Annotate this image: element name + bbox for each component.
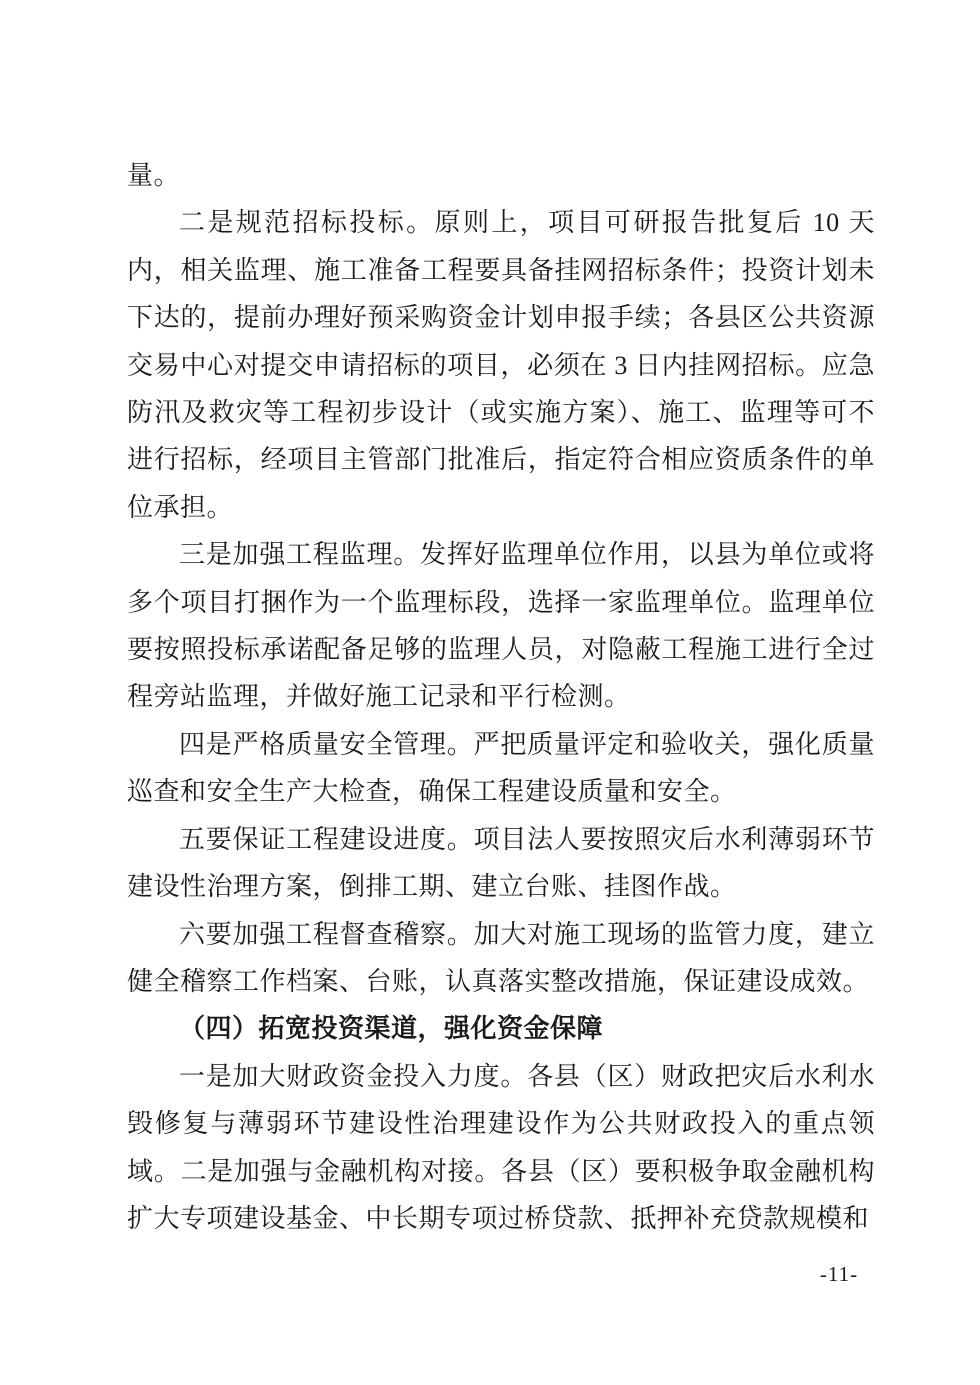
document-body: 量。 二是规范招标投标。原则上，项目可研报告批复后 10 天内，相关监理、施工准… [127, 152, 875, 1242]
body-paragraph: 四是严格质量安全管理。严把质量评定和验收关，强化质量巡查和安全生产大检查，确保工… [127, 721, 875, 816]
body-paragraph: 六要加强工程督查稽察。加大对施工现场的监管力度，建立健全稽察工作档案、台账，认真… [127, 911, 875, 1006]
body-paragraph: 一是加大财政资金投入力度。各县（区）财政把灾后水利水毁修复与薄弱环节建设性治理建… [127, 1053, 875, 1243]
body-paragraph: 二是规范招标投标。原则上，项目可研报告批复后 10 天内，相关监理、施工准备工程… [127, 199, 875, 531]
section-heading: （四）拓宽投资渠道，强化资金保障 [127, 1005, 875, 1052]
body-paragraph: 三是加强工程监理。发挥好监理单位作用，以县为单位或将多个项目打捆作为一个监理标段… [127, 531, 875, 721]
body-paragraph: 五要保证工程建设进度。项目法人要按照灾后水利薄弱环节建设性治理方案，倒排工期、建… [127, 816, 875, 911]
body-paragraph: 量。 [127, 152, 875, 199]
document-page: 量。 二是规范招标投标。原则上，项目可研报告批复后 10 天内，相关监理、施工准… [0, 0, 980, 1385]
page-number: -11- [804, 1262, 874, 1287]
